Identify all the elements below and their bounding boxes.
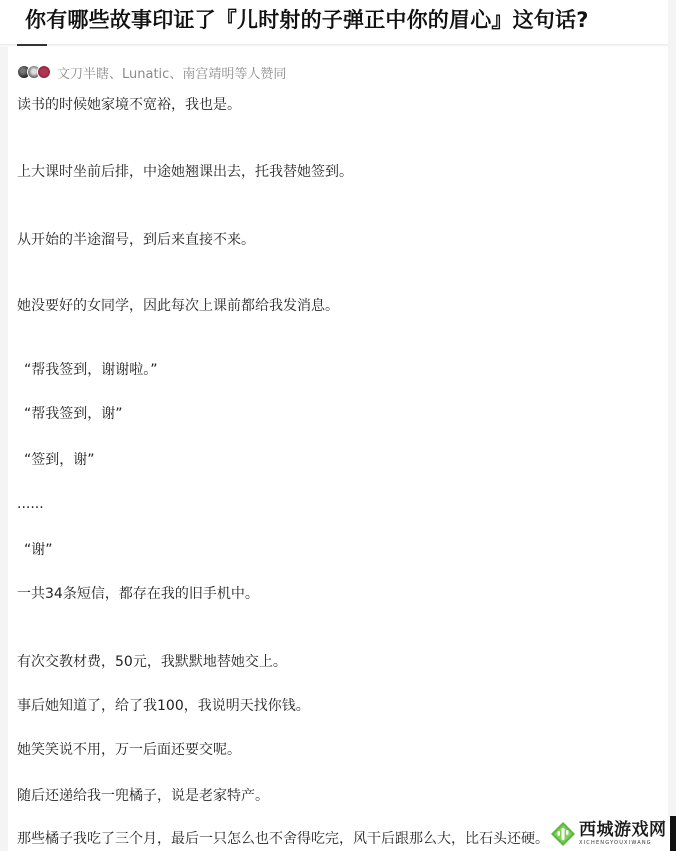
question-title[interactable]: 你有哪些故事印证了『儿时射的子弹正中你的眉心』这句话? <box>25 4 589 34</box>
ellipsis-paragraph: ...... <box>17 495 44 513</box>
header-divider <box>0 44 668 47</box>
paragraph: 从开始的半途溜号，到后来直接不来。 <box>17 231 255 249</box>
voters-row[interactable]: 文刀半瞎、Lunatic、南宫靖明等人赞同 <box>17 62 286 82</box>
tab-indicator <box>17 44 47 46</box>
voter-avatars <box>17 65 51 79</box>
quote-paragraph: “帮我签到，谢谢啦。” <box>24 361 158 379</box>
paragraph: 她笑笑说不用，万一后面还要交呢。 <box>17 741 241 759</box>
cactus-logo-icon <box>550 821 576 847</box>
paragraph: 一共34条短信，都存在我的旧手机中。 <box>17 585 259 603</box>
voters-text: 文刀半瞎、Lunatic、南宫靖明等人赞同 <box>57 63 286 82</box>
avatar <box>37 65 51 79</box>
watermark-name: 西城游戏网 <box>579 821 667 840</box>
paragraph: 那些橘子我吃了三个月，最后一只怎么也不舍得吃完，风干后跟那么大，比石头还硬。 <box>17 830 549 848</box>
quote-paragraph: “谢” <box>24 541 53 559</box>
watermark-subtitle: XICHENGYOUXIWANG <box>579 840 667 847</box>
paragraph: 随后还递给我一兜橘子，说是老家特产。 <box>17 787 269 805</box>
paragraph: 她没要好的女同学，因此每次上课前都给我发消息。 <box>17 297 339 315</box>
quote-paragraph: “签到，谢” <box>24 451 95 469</box>
paragraph: 读书的时候她家境不宽裕，我也是。 <box>17 96 241 114</box>
watermark-edge <box>670 816 676 851</box>
answer-page <box>8 0 668 851</box>
paragraph: 有次交教材费，50元，我默默地替她交上。 <box>17 653 287 671</box>
site-watermark: 西城游戏网 XICHENGYOUXIWANG <box>548 817 676 851</box>
paragraph: 上大课时坐前后排，中途她翘课出去，托我替她签到。 <box>17 163 353 181</box>
paragraph: 事后她知道了，给了我100，我说明天找你钱。 <box>17 697 310 715</box>
question-header: 你有哪些故事印证了『儿时射的子弹正中你的眉心』这句话? <box>0 0 668 44</box>
quote-paragraph: “帮我签到，谢” <box>24 405 123 423</box>
